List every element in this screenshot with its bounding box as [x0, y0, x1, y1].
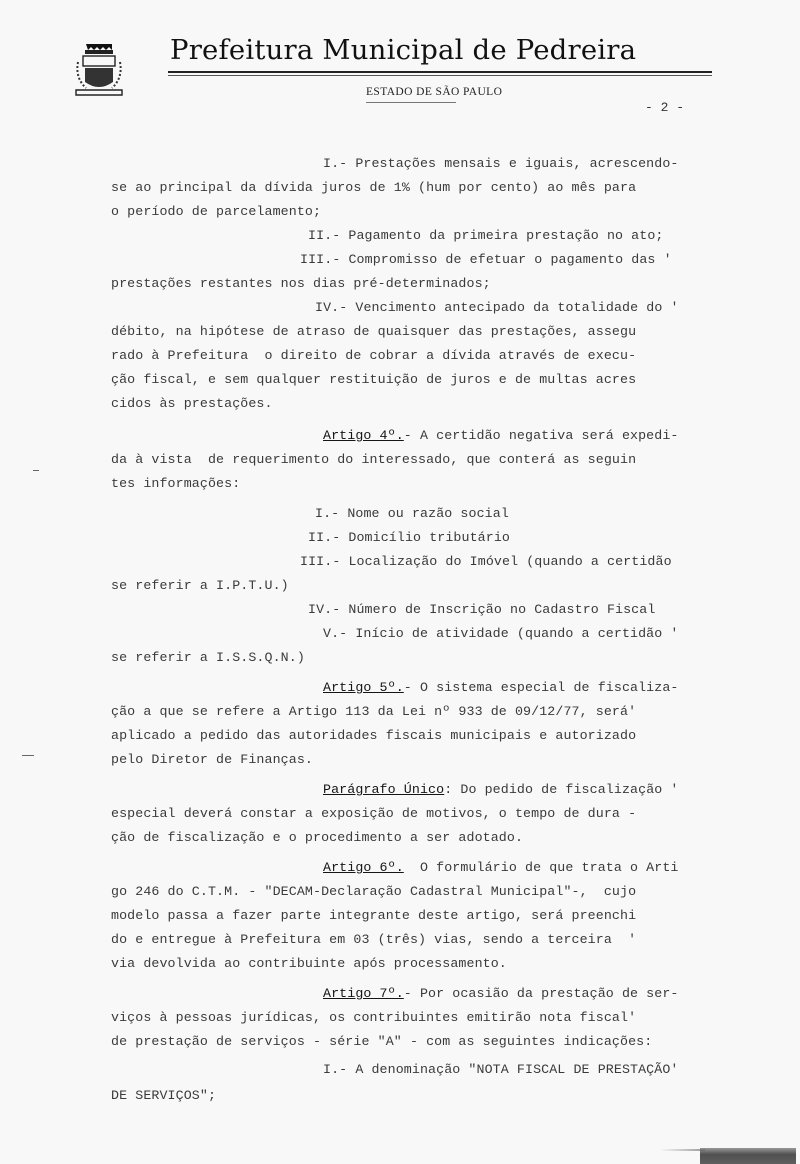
- body-text-line: débito, na hipótese de atraso de quaisqu…: [111, 324, 636, 339]
- article-heading: Artigo 5º.: [323, 680, 404, 695]
- body-text-line: I.- Prestações mensais e iguais, acresce…: [323, 156, 679, 171]
- article-text: - Por ocasião da prestação de ser-: [404, 986, 679, 1001]
- state-underline: [366, 102, 456, 103]
- scan-mark: [33, 470, 39, 471]
- state-subtitle: ESTADO DE SÃO PAULO: [366, 86, 502, 98]
- body-text-line: II.- Pagamento da primeira prestação no …: [308, 228, 664, 243]
- article-heading-line: Artigo 5º.- O sistema especial de fiscal…: [323, 680, 679, 695]
- body-text-line: V.- Início de atividade (quando a certid…: [323, 626, 679, 641]
- body-text-line: da à vista de requerimento do interessad…: [111, 452, 636, 467]
- body-text-line: II.- Domicílio tributário: [308, 530, 510, 545]
- header-rule-secondary: [168, 75, 712, 76]
- body-text-line: via devolvida ao contribuinte após proce…: [111, 956, 507, 971]
- article-heading-line: Artigo 6º. O formulário de que trata o A…: [323, 860, 679, 875]
- body-text-line: aplicado a pedido das autoridades fiscai…: [111, 728, 636, 743]
- body-text-line: III.- Localização do Imóvel (quando a ce…: [300, 554, 672, 569]
- article-heading-line: Artigo 7º.- Por ocasião da prestação de …: [323, 986, 679, 1001]
- scan-mark: [22, 755, 34, 756]
- body-text-line: rado à Prefeitura o direito de cobrar a …: [111, 348, 636, 363]
- article-text: O formulário de que trata o Arti: [404, 860, 679, 875]
- article-heading-line: Artigo 4º.- A certidão negativa será exp…: [323, 428, 679, 443]
- body-text-line: se ao principal da dívida juros de 1% (h…: [111, 180, 636, 195]
- scan-edge-shadow: [660, 1149, 705, 1151]
- article-heading: Artigo 7º.: [323, 986, 404, 1001]
- body-text-line: de prestação de serviços - série "A" - c…: [111, 1034, 652, 1049]
- body-text-line: o período de parcelamento;: [111, 204, 321, 219]
- body-text-line: se referir a I.S.S.Q.N.): [111, 650, 305, 665]
- body-text-line: I.- A denominação "NOTA FISCAL DE PRESTA…: [323, 1062, 679, 1077]
- body-text-line: DE SERVIÇOS";: [111, 1088, 216, 1103]
- article-text: - O sistema especial de fiscaliza-: [404, 680, 679, 695]
- body-text-line: go 246 do C.T.M. - "DECAM-Declaração Cad…: [111, 884, 636, 899]
- body-text-line: especial deverá constar a exposição de m…: [111, 806, 636, 821]
- article-heading: Parágrafo Único: [323, 782, 444, 797]
- article-heading: Artigo 6º.: [323, 860, 404, 875]
- body-text-line: IV.- Vencimento antecipado da totalidade…: [315, 300, 679, 315]
- municipal-crest-icon: [74, 40, 124, 100]
- body-text-line: modelo passa a fazer parte integrante de…: [111, 908, 636, 923]
- header-rule: [168, 71, 712, 73]
- body-text-line: III.- Compromisso de efetuar o pagamento…: [300, 252, 672, 267]
- article-text: - A certidão negativa será expedi-: [404, 428, 679, 443]
- article-heading: Artigo 4º.: [323, 428, 404, 443]
- article-text: : Do pedido de fiscalização ': [444, 782, 678, 797]
- body-text-line: ção fiscal, e sem qualquer restituição d…: [111, 372, 636, 387]
- body-text-line: se referir a I.P.T.U.): [111, 578, 289, 593]
- body-text-line: ção de fiscalização e o procedimento a s…: [111, 830, 523, 845]
- body-text-line: do e entregue à Prefeitura em 03 (três) …: [111, 932, 636, 947]
- body-text-line: IV.- Número de Inscrição no Cadastro Fis…: [308, 602, 655, 617]
- scan-corner-shadow: [700, 1148, 796, 1164]
- page-number: - 2 -: [645, 100, 684, 115]
- body-text-line: ção a que se refere a Artigo 113 da Lei …: [111, 704, 636, 719]
- body-text-line: tes informações:: [111, 476, 240, 491]
- document-title: Prefeitura Municipal de Pedreira: [170, 34, 636, 66]
- body-text-line: I.- Nome ou razão social: [315, 506, 509, 521]
- body-text-line: viços à pessoas jurídicas, os contribuin…: [111, 1010, 636, 1025]
- body-text-line: prestações restantes nos dias pré-determ…: [111, 276, 491, 291]
- body-text-line: pelo Diretor de Finanças.: [111, 752, 313, 767]
- article-heading-line: Parágrafo Único: Do pedido de fiscalizaç…: [323, 782, 679, 797]
- body-text-line: cidos às prestações.: [111, 396, 273, 411]
